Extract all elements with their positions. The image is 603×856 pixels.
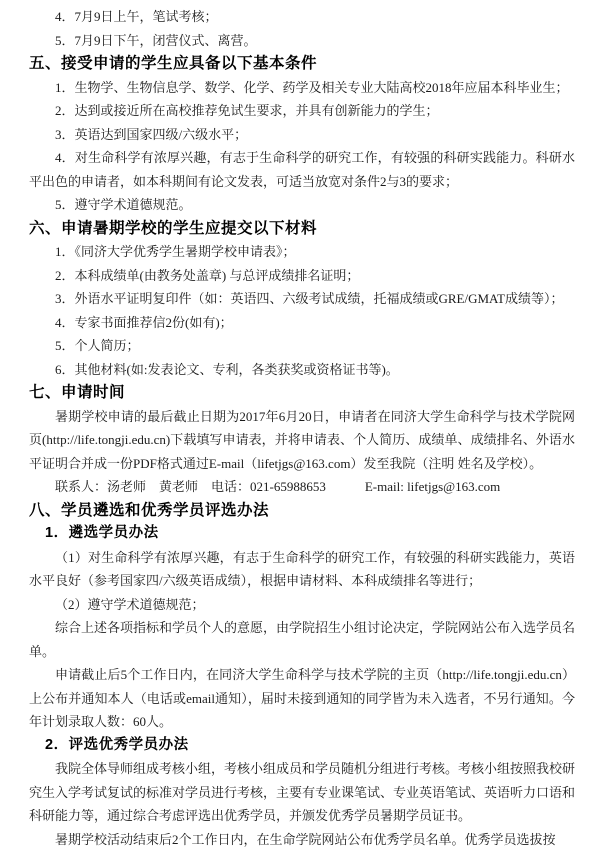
- list-item: 5．7月9日下午，闭营仪式、离营。: [29, 29, 575, 53]
- section-heading-6: 六、申请暑期学校的学生应提交以下材料: [29, 217, 575, 241]
- list-item: 4．对生命科学有浓厚兴趣，有志于生命科学的研究工作，有较强的科研实践能力。科研水…: [29, 146, 575, 193]
- list-item: 5．遵守学术道德规范。: [29, 193, 575, 217]
- list-item: 2．本科成绩单(由教务处盖章) 与总评成绩排名证明；: [29, 264, 575, 288]
- paragraph: 暑期学校申请的最后截止日期为2017年6月20日，申请者在同济大学生命科学与技术…: [29, 405, 575, 476]
- paragraph: 申请截止后5个工作日内，在同济大学生命科学与技术学院的主页（http://lif…: [29, 663, 575, 734]
- list-item: 4．专家书面推荐信2份(如有)；: [29, 311, 575, 335]
- paragraph: （1）对生命科学有浓厚兴趣，有志于生命科学的研究工作，有较强的科研实践能力，英语…: [29, 546, 575, 593]
- paragraph: （2）遵守学术道德规范；: [29, 593, 575, 617]
- list-item: 1．《同济大学优秀学生暑期学校申请表》；: [29, 240, 575, 264]
- list-item: 1．生物学、生物信息学、数学、化学、药学及相关专业大陆高校2018年应届本科毕业…: [29, 76, 575, 100]
- section-heading-5: 五、接受申请的学生应具备以下基本条件: [29, 52, 575, 76]
- section-heading-8: 八、学员遴选和优秀学员评选办法: [29, 499, 575, 523]
- list-item: 6．其他材料(如:发表论文、专利，各类获奖或资格证书等)。: [29, 358, 575, 382]
- list-item: 2．达到或接近所在高校推荐免试生要求，并具有创新能力的学生；: [29, 99, 575, 123]
- section-heading-7: 七、申请时间: [29, 381, 575, 405]
- document-page: 4．7月9日上午，笔试考核； 5．7月9日下午，闭营仪式、离营。 五、接受申请的…: [0, 0, 603, 856]
- paragraph: 暑期学校活动结束后2个工作日内，在生命学院网站公布优秀学员名单。优秀学员选拔按: [29, 828, 575, 852]
- paragraph: 综合上述各项指标和学员个人的意愿，由学院招生小组讨论决定，学院网站公布入选学员名…: [29, 616, 575, 663]
- list-item: 5．个人简历；: [29, 334, 575, 358]
- list-item: 3．外语水平证明复印件（如：英语四、六级考试成绩，托福成绩或GRE/GMAT成绩…: [29, 287, 575, 311]
- list-item: 4．7月9日上午，笔试考核；: [29, 5, 575, 29]
- paragraph: 我院全体导师组成考核小组，考核小组成员和学员随机分组进行考核。考核小组按照我校研…: [29, 757, 575, 828]
- contact-line: 联系人：汤老师 黄老师 电话：021-65988653 E-mail: life…: [29, 475, 575, 499]
- sub-heading: 1．遴选学员办法: [29, 522, 575, 546]
- sub-heading: 2．评选优秀学员办法: [29, 734, 575, 758]
- list-item: 3．英语达到国家四级/六级水平；: [29, 123, 575, 147]
